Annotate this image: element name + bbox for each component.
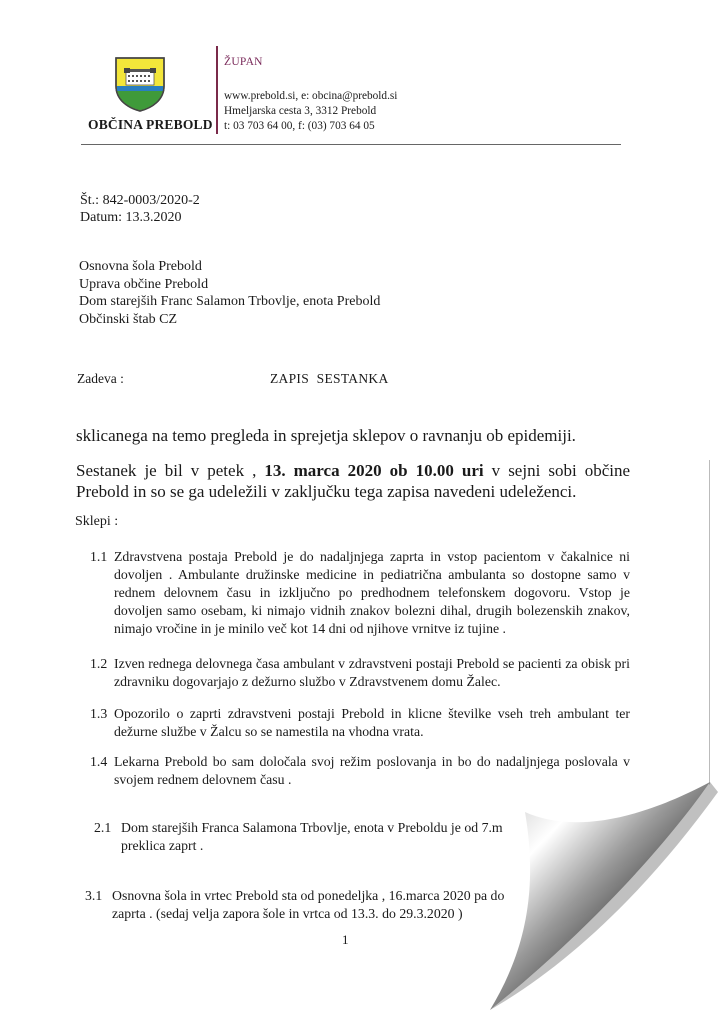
meeting-datetime: 13. marca 2020 ob 10.00 uri — [264, 461, 483, 480]
recipient: Osnovna šola Prebold — [79, 258, 380, 276]
contact-address: Hmeljarska cesta 3, 3312 Prebold — [224, 104, 397, 119]
page-number: 1 — [342, 932, 349, 948]
recipient: Občinski štab CZ — [79, 311, 380, 329]
contact-web-email: www.prebold.si, e: obcina@prebold.si — [224, 89, 397, 104]
reference-block: Št.: 842-0003/2020-2 Datum: 13.3.2020 — [80, 192, 200, 226]
conclusion-item: 1.1 Zdravstvena postaja Prebold je do na… — [90, 548, 630, 638]
recipient: Dom starejših Franc Salamon Trbovlje, en… — [79, 293, 380, 311]
recipient: Uprava občine Prebold — [79, 276, 380, 294]
municipality-name: OBČINA PREBOLD — [88, 117, 213, 133]
conclusion-text: Opozorilo o zaprti zdravstveni postaji P… — [114, 705, 630, 741]
contact-phone-fax: t: 03 703 64 00, f: (03) 703 64 05 — [224, 119, 397, 134]
contact-block: www.prebold.si, e: obcina@prebold.si Hme… — [224, 89, 397, 134]
reference-date: Datum: 13.3.2020 — [80, 209, 200, 226]
coat-of-arms-icon — [114, 56, 166, 112]
conclusion-item: 1.2 Izven rednega delovnega časa ambulan… — [90, 655, 630, 691]
reference-number: Št.: 842-0003/2020-2 — [80, 192, 200, 209]
conclusion-item: 1.3 Opozorilo o zaprti zdravstveni posta… — [90, 705, 630, 741]
conclusion-number: 1.4 — [90, 753, 107, 771]
meeting-text-pre: Sestanek je bil v petek , — [76, 461, 264, 480]
subject-title: ZAPIS SESTANKA — [270, 371, 389, 387]
subject-label: Zadeva : — [77, 371, 124, 387]
conclusion-text: Izven rednega delovnega časa ambulant v … — [114, 655, 630, 691]
letterhead-divider — [216, 46, 218, 134]
intro-line: sklicanega na temo pregleda in sprejetja… — [76, 425, 576, 446]
header-rule — [81, 144, 621, 145]
conclusion-number: 3.1 — [85, 887, 102, 905]
conclusion-number: 1.1 — [90, 548, 107, 566]
conclusion-number: 1.3 — [90, 705, 107, 723]
conclusion-number: 2.1 — [94, 819, 111, 837]
page-curl-icon[interactable] — [470, 770, 724, 1024]
meeting-details: Sestanek je bil v petek , 13. marca 2020… — [76, 460, 630, 502]
conclusions-label: Sklepi : — [75, 514, 118, 530]
conclusion-number: 1.2 — [90, 655, 107, 673]
office-title: ŽUPAN — [224, 56, 263, 68]
conclusion-text: Zdravstvena postaja Prebold je do nadalj… — [114, 548, 630, 638]
recipients-list: Osnovna šola Prebold Uprava občine Prebo… — [79, 258, 380, 328]
